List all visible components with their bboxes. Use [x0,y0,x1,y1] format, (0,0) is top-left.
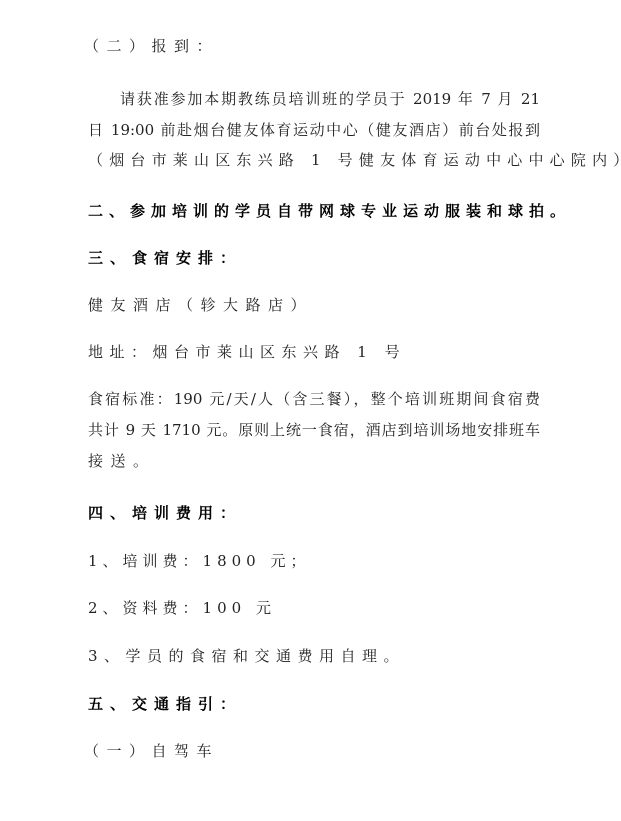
registration-paragraph-line-3: （烟台市莱山区东兴路 1 号健友体育运动中心中心院内）。 [88,148,548,172]
accommodation-heading: 三、食宿安排： [88,246,548,270]
registration-paragraph-line-2: 日 19:00 前赴烟台健友体育运动中心（健友酒店）前台处报到 [88,118,540,142]
registration-heading: （二）报到： [84,34,544,58]
transport-sub-heading: （一）自驾车 [84,739,544,763]
accommodation-standard-line-2: 共计 9 天 1710 元。原则上统一食宿，酒店到培训场地安排班车 [88,418,540,442]
document-page: （二）报到： 请获准参加本期教练员培训班的学员于 2019 年 7 月 21 日… [0,0,621,821]
hotel-name: 健友酒店（轸大路店） [88,293,548,317]
fee-item-self-paid: 3、学员的食宿和交通费用自理。 [88,644,548,668]
transport-heading: 五、交通指引： [88,692,548,716]
registration-paragraph-line-1: 请获准参加本期教练员培训班的学员于 2019 年 7 月 21 [120,87,540,111]
accommodation-standard-line-3: 接送。 [88,449,548,473]
accommodation-standard-line-1: 食宿标准：190 元/天/人（含三餐），整个培训班期间食宿费 [88,387,540,411]
hotel-address: 地址：烟台市莱山区东兴路 1 号 [88,340,548,364]
fee-item-materials: 2、资料费：100 元 [88,596,548,620]
fees-heading: 四、培训费用： [88,501,548,525]
fee-item-training: 1、培训费：1800 元； [88,549,548,573]
equipment-heading: 二、参加培训的学员自带网球专业运动服装和球拍。 [88,199,548,223]
